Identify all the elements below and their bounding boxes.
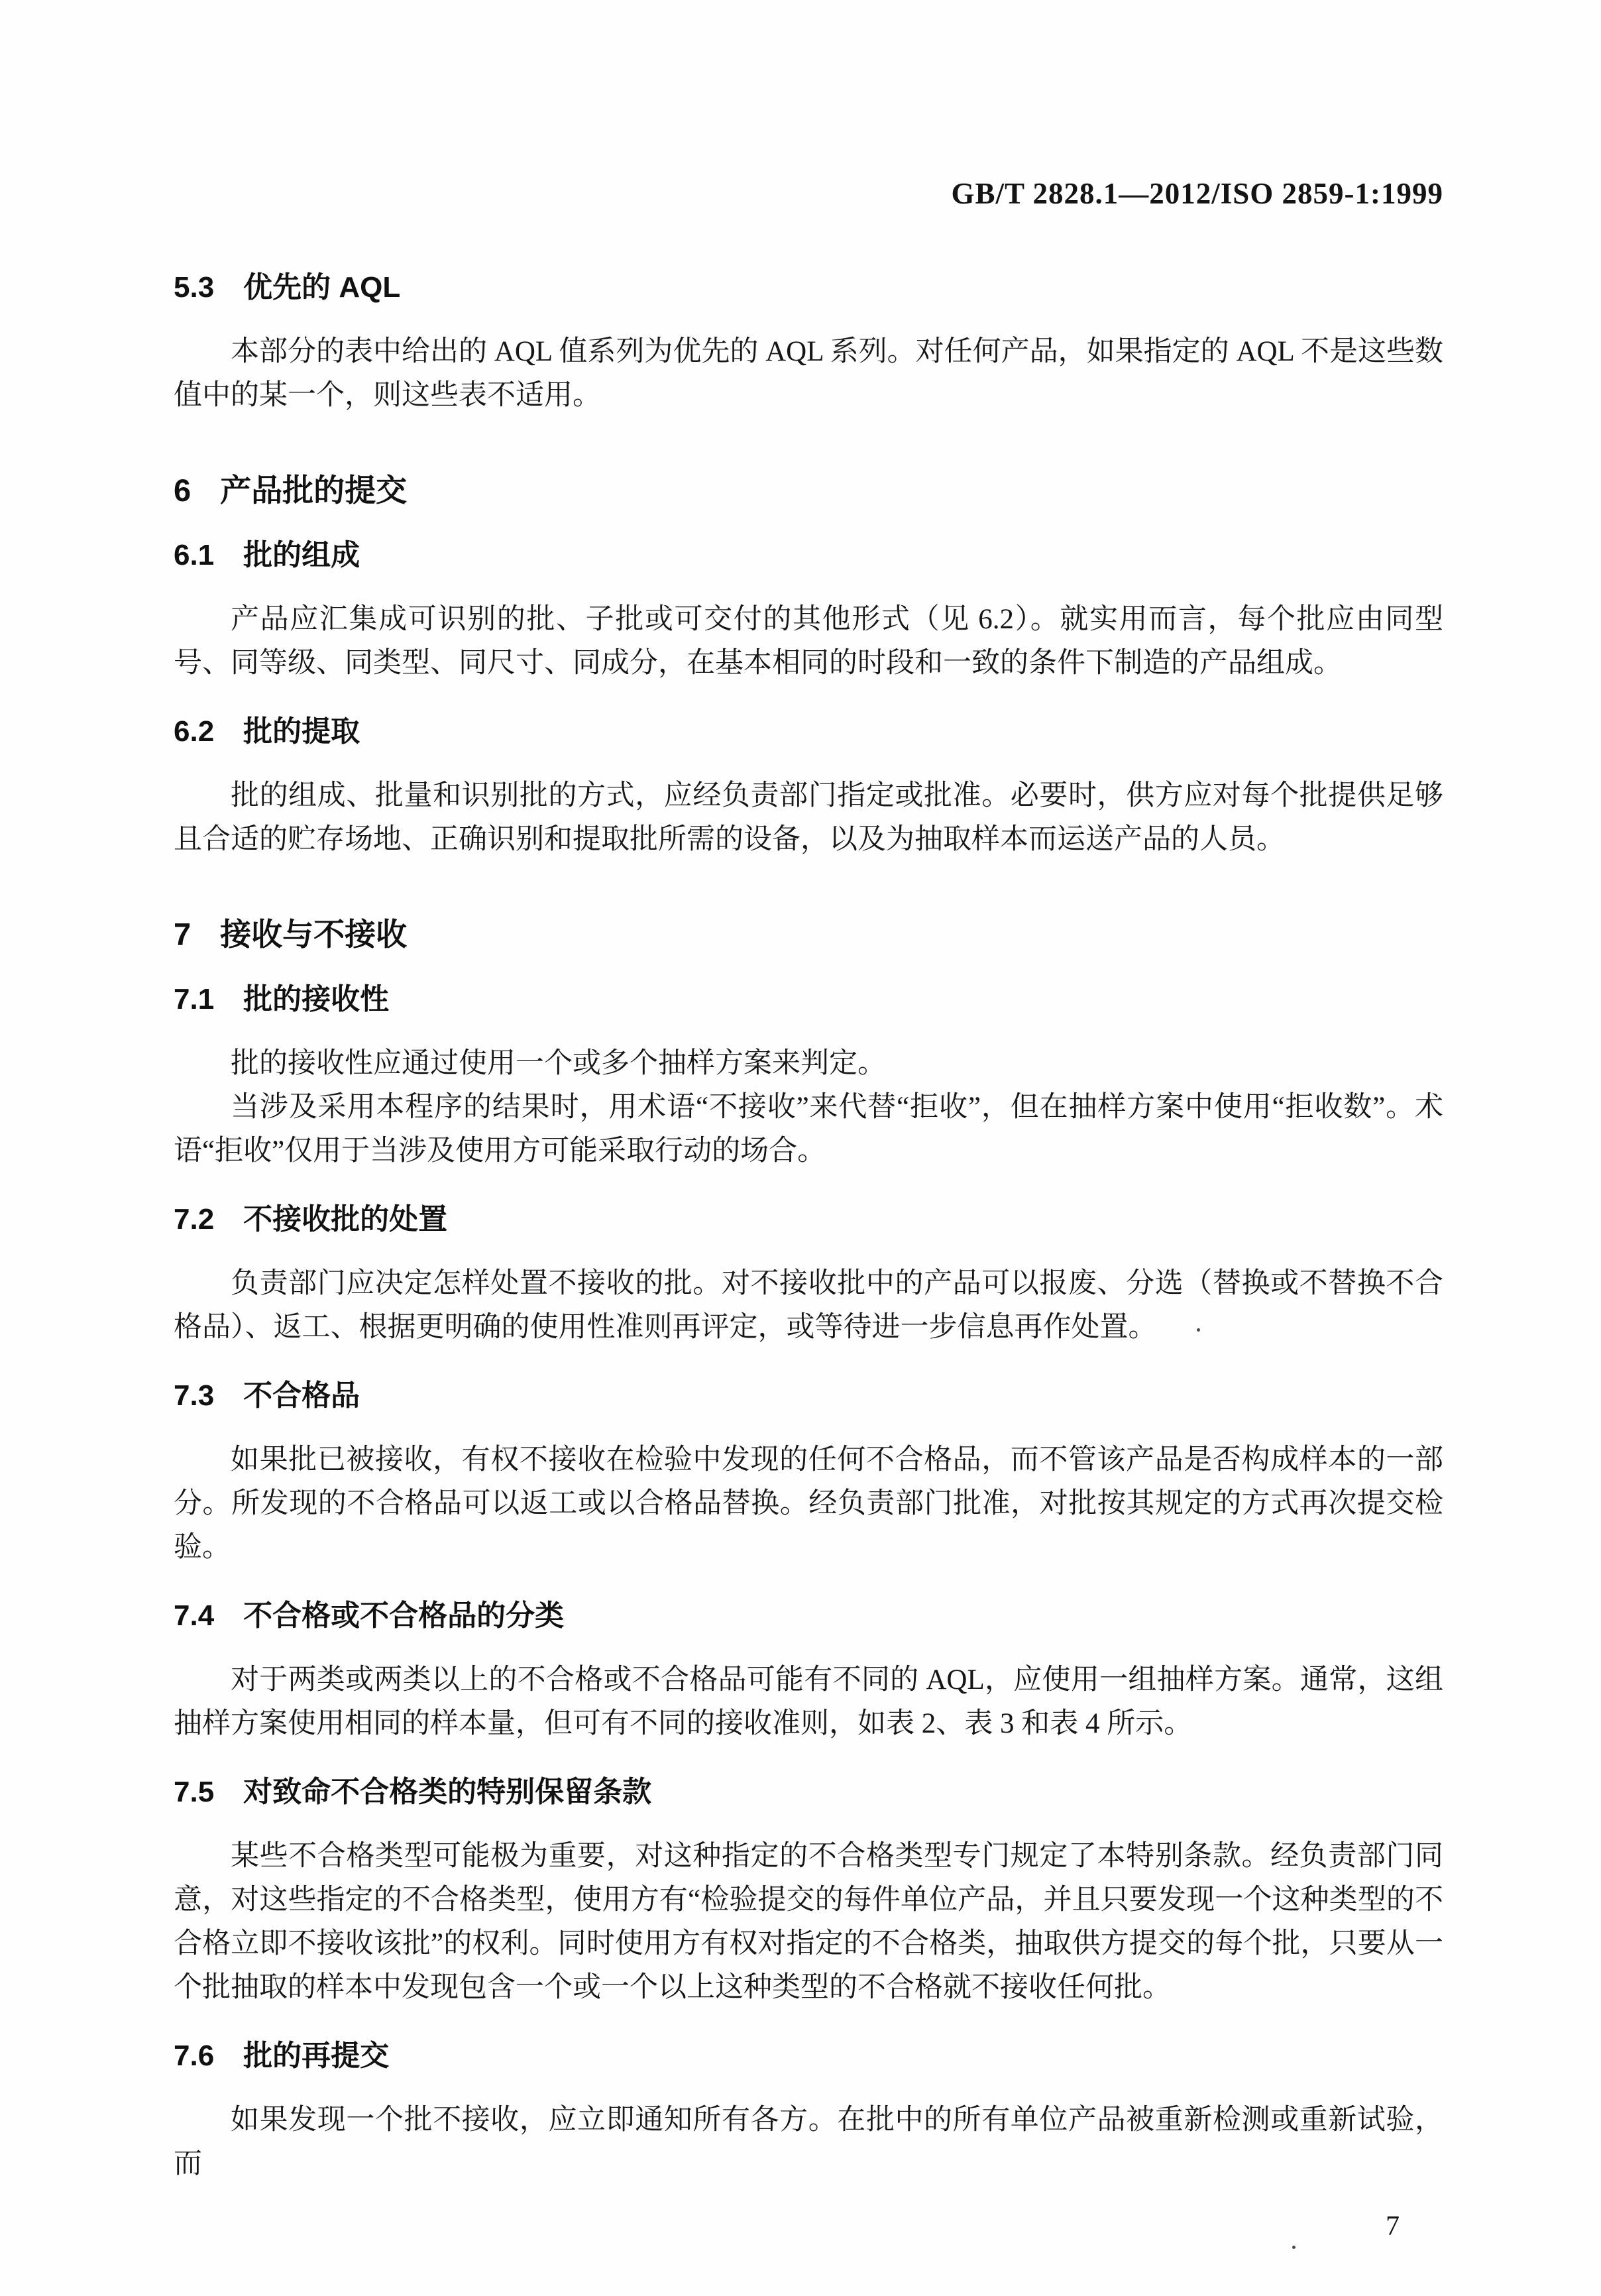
paragraph-6-2: 批的组成、批量和识别批的方式，应经负责部门指定或批准。必要时，供方应对每个批提供… — [174, 774, 1443, 862]
section-heading-7-3: 7.3不合格品 — [174, 1379, 1443, 1413]
section-title: 不合格或不合格品的分类 — [243, 1599, 564, 1632]
section-title: 批的接收性 — [243, 983, 389, 1015]
chapter-number: 6 — [174, 472, 191, 509]
section-title: 不接收批的处置 — [243, 1203, 447, 1235]
section-heading-6-2: 6.2批的提取 — [174, 715, 1443, 749]
section-number: 6.1 — [174, 538, 214, 573]
section-number: 7.5 — [174, 1775, 214, 1809]
section-number: 6.2 — [174, 715, 214, 749]
section-number: 7.4 — [174, 1599, 214, 1633]
section-heading-7-2: 7.2不接收批的处置 — [174, 1202, 1443, 1237]
section-heading-7-6: 7.6批的再提交 — [174, 2039, 1443, 2073]
paragraph-5-3: 本部分的表中给出的 AQL 值系列为优先的 AQL 系列。对任何产品，如果指定的… — [174, 330, 1443, 418]
section-title: 对致命不合格类的特别保留条款 — [243, 1776, 651, 1808]
section-heading-7-4: 7.4不合格或不合格品的分类 — [174, 1599, 1443, 1633]
section-title: 优先的 AQL — [243, 271, 400, 304]
paragraph-7-4: 对于两类或两类以上的不合格或不合格品可能有不同的 AQL，应使用一组抽样方案。通… — [174, 1658, 1443, 1746]
chapter-title: 接收与不接收 — [220, 917, 407, 952]
section-number: 7.6 — [174, 2039, 214, 2073]
paragraph-7-1a: 批的接收性应通过使用一个或多个抽样方案来判定。 — [174, 1042, 1443, 1086]
scan-artifact-dot — [1292, 2246, 1296, 2249]
section-heading-7-5: 7.5对致命不合格类的特别保留条款 — [174, 1775, 1443, 1809]
paragraph-7-2: 负责部门应决定怎样处置不接收的批。对不接收批中的产品可以报废、分选（替换或不替换… — [174, 1262, 1443, 1349]
scan-artifact-dot — [1197, 1328, 1200, 1332]
paragraph-7-3: 如果批已被接收，有权不接收在检验中发现的任何不合格品，而不管该产品是否构成样本的… — [174, 1438, 1443, 1570]
chapter-number: 7 — [174, 916, 191, 953]
section-number: 7.3 — [174, 1379, 214, 1413]
section-title: 批的再提交 — [243, 2039, 389, 2072]
section-title: 批的组成 — [243, 539, 360, 571]
chapter-heading-7: 7接收与不接收 — [174, 916, 1443, 953]
standard-number-header: GB/T 2828.1—2012/ISO 2859-1:1999 — [174, 178, 1443, 209]
paragraph-7-6: 如果发现一个批不接收，应立即通知所有各方。在批中的所有单位产品被重新检测或重新试… — [174, 2098, 1443, 2186]
chapter-title: 产品批的提交 — [220, 473, 407, 508]
section-heading-6-1: 6.1批的组成 — [174, 538, 1443, 573]
section-heading-7-1: 7.1批的接收性 — [174, 982, 1443, 1017]
paragraph-7-5: 某些不合格类型可能极为重要，对这种指定的不合格类型专门规定了本特别条款。经负责部… — [174, 1835, 1443, 2010]
section-heading-5-3: 5.3优先的 AQL — [174, 270, 1443, 305]
section-number: 7.2 — [174, 1202, 214, 1237]
section-title: 批的提取 — [243, 715, 360, 748]
page-number: 7 — [174, 2210, 1443, 2243]
section-number: 5.3 — [174, 270, 214, 305]
paragraph-6-1: 产品应汇集成可识别的批、子批或可交付的其他形式（见 6.2）。就实用而言，每个批… — [174, 598, 1443, 685]
chapter-heading-6: 6产品批的提交 — [174, 472, 1443, 509]
document-page: GB/T 2828.1—2012/ISO 2859-1:1999 5.3优先的 … — [0, 0, 1601, 2296]
section-title: 不合格品 — [243, 1379, 360, 1412]
paragraph-7-1b: 当涉及采用本程序的结果时，用术语“不接收”来代替“拒收”，但在抽样方案中使用“拒… — [174, 1086, 1443, 1173]
section-number: 7.1 — [174, 982, 214, 1017]
